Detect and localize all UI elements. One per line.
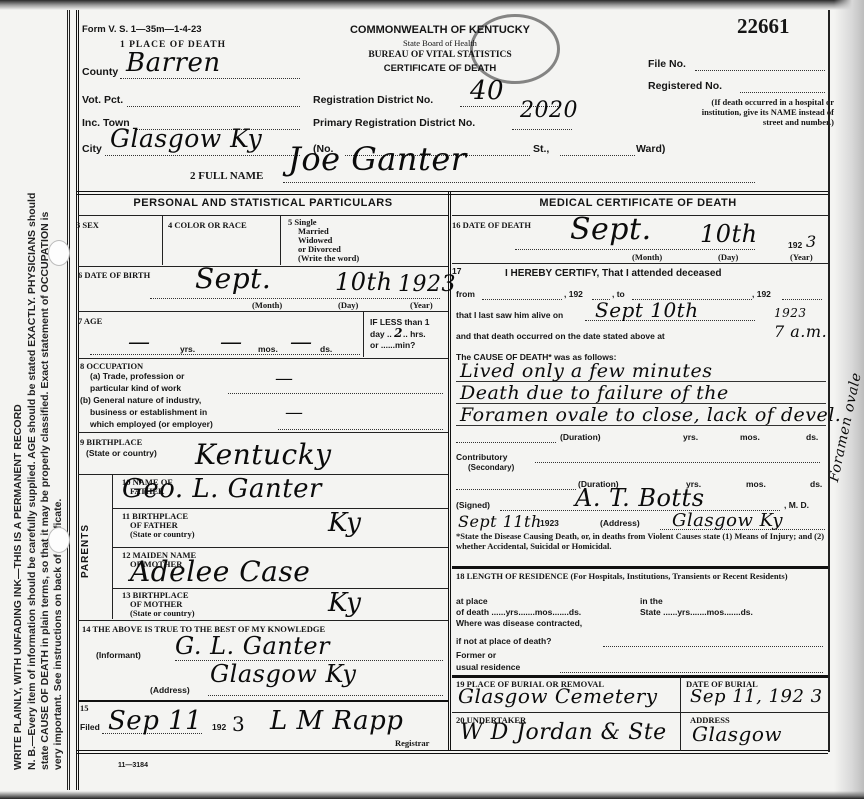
registrar-label: Registrar: [395, 738, 429, 748]
last-saw-value[interactable]: Sept 10th: [595, 298, 699, 322]
dod-day-value[interactable]: 10th: [700, 220, 758, 248]
registered-no-label: Registered No.: [648, 80, 722, 92]
dob-month-value[interactable]: Sept.: [195, 262, 271, 295]
last-saw-year[interactable]: 1923: [774, 306, 807, 320]
occupation-b-label-2: business or establishment in: [90, 407, 207, 417]
age-ds-caption: ds.: [320, 344, 332, 354]
punch-hole: [48, 527, 70, 553]
county-field[interactable]: [120, 78, 300, 79]
certificate-number: 22661: [737, 14, 790, 39]
dod-field[interactable]: [515, 249, 755, 250]
contributory-ds: ds.: [810, 479, 822, 489]
to-year-field[interactable]: [782, 299, 822, 300]
vot-pct-field[interactable]: [127, 106, 300, 107]
hospital-note: (If death occurred in a hospital or inst…: [684, 97, 834, 127]
punch-hole: [48, 240, 70, 266]
divider: [112, 547, 448, 548]
full-name-field[interactable]: [283, 182, 755, 183]
former-residence-label-2: usual residence: [456, 662, 520, 672]
dob-year-caption: (Year): [410, 300, 433, 310]
footnote: *State the Disease Causing Death, or, in…: [456, 531, 828, 551]
dob-day-caption: (Day): [338, 300, 358, 310]
cause-line-3[interactable]: Foramen ovale to close, lack of devel.: [460, 404, 841, 426]
dod-label: 16 DATE OF DEATH: [452, 220, 531, 230]
undertaker-address-value[interactable]: Glasgow: [692, 722, 782, 746]
duration-field[interactable]: [456, 442, 556, 443]
less-than-hrs-value[interactable]: 2: [394, 326, 403, 340]
marital-status-label: 5 Single Married Widowed or Divorced (Wr…: [288, 218, 359, 263]
dod-year-caption: (Year): [790, 252, 813, 262]
filed-number: 15: [80, 703, 89, 713]
mother-birthplace-value[interactable]: Ky: [328, 588, 361, 618]
burial-place-value[interactable]: Glasgow Cemetery: [458, 684, 658, 708]
title-board: State Board of Health: [330, 38, 550, 48]
occupation-b-field[interactable]: [278, 429, 443, 430]
file-no-label: File No.: [648, 58, 686, 70]
divider: [112, 508, 448, 509]
birthplace-sub-label: (State or country): [86, 448, 157, 458]
cause-line-1[interactable]: Lived only a few minutes: [460, 360, 713, 382]
death-certificate: WRITE PLAINLY, WITH UNFADING INK—THIS IS…: [0, 0, 864, 799]
contributory-field[interactable]: [535, 462, 820, 463]
informant-address-label: (Address): [150, 685, 190, 695]
undertaker-value[interactable]: W D Jordan & Ste: [460, 720, 667, 745]
st-label: St.,: [533, 143, 549, 155]
side-instructions-line: state CAUSE OF DEATH in plain terms, so …: [39, 212, 52, 770]
divider: [78, 700, 448, 702]
contracted-label-2: if not at place of death?: [456, 636, 551, 646]
side-instructions-heading: WRITE PLAINLY, WITH UNFADING INK—THIS IS…: [12, 404, 25, 770]
occupation-a-value[interactable]: —: [275, 368, 294, 389]
signed-address-label: (Address): [600, 518, 640, 528]
father-name-value[interactable]: Geo. L. Ganter: [122, 474, 322, 504]
death-time-label: and that death occurred on the date stat…: [456, 331, 665, 341]
at-place-label: at place: [456, 596, 488, 606]
personal-section-title: PERSONAL AND STATISTICAL PARTICULARS: [78, 197, 448, 209]
ward-field[interactable]: [560, 155, 635, 156]
filed-year-value[interactable]: 3: [232, 712, 245, 736]
dob-month-caption: (Month): [252, 300, 282, 310]
form-code: 11—3184: [118, 762, 148, 769]
informant-address-field[interactable]: [208, 695, 443, 696]
to-year-prefix: , 192: [752, 289, 771, 299]
divider: [452, 263, 828, 264]
occupation-b-label-1: (b) General nature of industry,: [80, 395, 201, 405]
age-yrs-value[interactable]: —: [128, 330, 151, 355]
county-label: County: [82, 66, 118, 78]
burial-date-value[interactable]: Sep 11, 192 3: [690, 686, 823, 707]
bottom-divider: [76, 750, 828, 754]
certify-number: 17: [452, 266, 461, 276]
divider: [78, 358, 448, 359]
divider: [78, 215, 448, 216]
residence-label: 18 LENGTH OF RESIDENCE (For Hospitals, I…: [456, 570, 828, 583]
from-label: from: [456, 289, 475, 299]
file-no-field[interactable]: [695, 70, 825, 71]
medical-section-title: MEDICAL CERTIFICATE OF DEATH: [452, 197, 824, 209]
vot-pct-label: Vot. Pct.: [82, 94, 123, 106]
title-bureau: BUREAU OF VITAL STATISTICS: [330, 50, 550, 60]
title-commonwealth: COMMONWEALTH OF KENTUCKY: [330, 24, 550, 36]
ward-label: Ward): [636, 143, 665, 155]
physician-signature[interactable]: A. T. Botts: [575, 484, 705, 512]
divider: [452, 675, 828, 678]
scan-edge-bottom: [0, 791, 864, 799]
side-instructions: WRITE PLAINLY, WITH UNFADING INK—THIS IS…: [0, 10, 70, 790]
dob-field[interactable]: [150, 298, 440, 299]
duration-label: (Duration): [560, 432, 601, 442]
age-yrs-caption: yrs.: [180, 344, 195, 354]
age-label: 7 AGE: [78, 316, 102, 326]
dod-month-caption: (Month): [632, 252, 662, 262]
divider: [280, 215, 281, 265]
parents-label: PARENTS: [80, 524, 91, 578]
of-death-residence[interactable]: of death ......yrs.......mos.......ds.: [456, 607, 581, 617]
reg-district-value[interactable]: 40: [470, 76, 504, 106]
registered-no-field[interactable]: [740, 92, 825, 93]
divider: [162, 215, 163, 265]
occupation-a-field[interactable]: [228, 393, 443, 394]
title-certificate: CERTIFICATE OF DEATH: [330, 63, 550, 74]
signed-date-value[interactable]: Sept 11th: [458, 512, 542, 531]
form-number: Form V. S. 1—35m—1-4-23: [82, 24, 202, 35]
full-name-label: 2 FULL NAME: [190, 170, 263, 182]
former-residence-field[interactable]: [560, 672, 823, 673]
contributory-mos: mos.: [746, 479, 766, 489]
informant-value[interactable]: G. L. Ganter: [175, 632, 330, 660]
mother-name-value[interactable]: Adelee Case: [130, 555, 310, 588]
dob-label: 6 DATE OF BIRTH: [78, 270, 150, 280]
birthplace-label: 9 BIRTHPLACE: [80, 437, 142, 447]
last-saw-label: that I last saw him alive on: [456, 310, 563, 320]
right-border: [828, 10, 830, 752]
city-value[interactable]: Glasgow Ky: [110, 124, 262, 153]
signed-address-value[interactable]: Glasgow Ky: [672, 510, 783, 531]
occupation-label: 8 OCCUPATION: [80, 361, 143, 371]
state-residence[interactable]: State ......yrs.......mos.......ds.: [640, 607, 753, 617]
primary-reg-label: Primary Registration District No.: [313, 117, 475, 129]
primary-reg-value[interactable]: 2020: [520, 98, 578, 123]
death-time-value[interactable]: 7 a.m.: [774, 322, 827, 341]
occupation-a-label-2: particular kind of work: [90, 383, 181, 393]
county-value[interactable]: Barren: [126, 48, 221, 78]
occupation-b-value[interactable]: —: [285, 402, 304, 423]
age-mos-value[interactable]: —: [220, 330, 243, 355]
full-name-value[interactable]: Joe Ganter: [288, 140, 467, 178]
sex-label: 3 SEX: [76, 220, 99, 230]
city-field[interactable]: [105, 155, 300, 156]
section-divider: [76, 191, 828, 195]
reg-district-label: Registration District No.: [313, 94, 433, 106]
certify-text: I HEREBY CERTIFY, That I attended deceas…: [505, 268, 722, 279]
dod-day-caption: (Day): [718, 252, 738, 262]
occupation-a-label-1: (a) Trade, profession or: [90, 371, 184, 381]
filed-year-prefix: 192: [212, 722, 226, 732]
divider: [112, 588, 448, 589]
filed-label: Filed: [80, 722, 100, 732]
duration-ds: ds.: [806, 432, 818, 442]
dob-year-value[interactable]: 1923: [398, 272, 456, 297]
cause-line-2[interactable]: Death due to failure of the: [460, 382, 729, 404]
contributory-duration-field[interactable]: [456, 489, 576, 490]
contracted-label-1: Where was disease contracted,: [456, 618, 582, 628]
divider: [452, 566, 828, 569]
primary-reg-field[interactable]: [512, 129, 572, 130]
less-than-day-label: IF LESS than 1 day .. 2.. hrs. or ......…: [370, 317, 430, 351]
dod-year-value[interactable]: 3: [806, 232, 817, 251]
divider: [680, 675, 681, 751]
scan-edge-top: [0, 0, 864, 10]
race-label: 4 COLOR OR RACE: [168, 220, 247, 230]
contracted-field[interactable]: [603, 646, 823, 647]
informant-address-value[interactable]: Glasgow Ky: [210, 660, 356, 688]
occupation-b-label-3: which employed (or employer): [90, 419, 213, 429]
signed-label: (Signed): [456, 500, 490, 510]
in-the-label: in the: [640, 596, 663, 606]
age-ds-value[interactable]: —: [290, 330, 313, 355]
age-mos-caption: mos.: [258, 344, 278, 354]
father-birthplace-label: 11 BIRTHPLACE OF FATHER (State or countr…: [122, 512, 195, 539]
divider: [78, 311, 448, 312]
mother-birthplace-label: 13 BIRTHPLACE OF MOTHER (State or countr…: [122, 591, 195, 618]
duration-mos: mos.: [740, 432, 760, 442]
side-instructions-line: N. B.—Every item of information should b…: [26, 193, 39, 770]
md-label: , M. D.: [784, 500, 809, 510]
dod-month-value[interactable]: Sept.: [570, 212, 652, 247]
birthplace-value[interactable]: Kentucky: [195, 438, 332, 471]
divider: [78, 432, 448, 433]
signed-year: 1923: [540, 518, 559, 528]
informant-label: (Informant): [96, 650, 141, 660]
father-birthplace-value[interactable]: Ky: [328, 508, 361, 538]
dod-year-prefix: 192: [788, 240, 802, 250]
contributory-label: Contributory: [456, 452, 507, 462]
city-label: City: [82, 143, 102, 155]
from-year-prefix: , 192: [564, 289, 583, 299]
divider: [78, 620, 448, 621]
registrar-signature[interactable]: L M Rapp: [270, 706, 403, 736]
former-residence-label-1: Former or: [456, 650, 496, 660]
divider: [452, 712, 828, 713]
secondary-label: (Secondary): [468, 463, 514, 472]
dob-day-value[interactable]: 10th: [335, 268, 393, 296]
filed-date-value[interactable]: Sep 11: [108, 706, 202, 736]
left-border: [76, 10, 79, 790]
divider: [363, 311, 364, 357]
duration-yrs: yrs.: [683, 432, 698, 442]
from-date-field[interactable]: [482, 299, 562, 300]
